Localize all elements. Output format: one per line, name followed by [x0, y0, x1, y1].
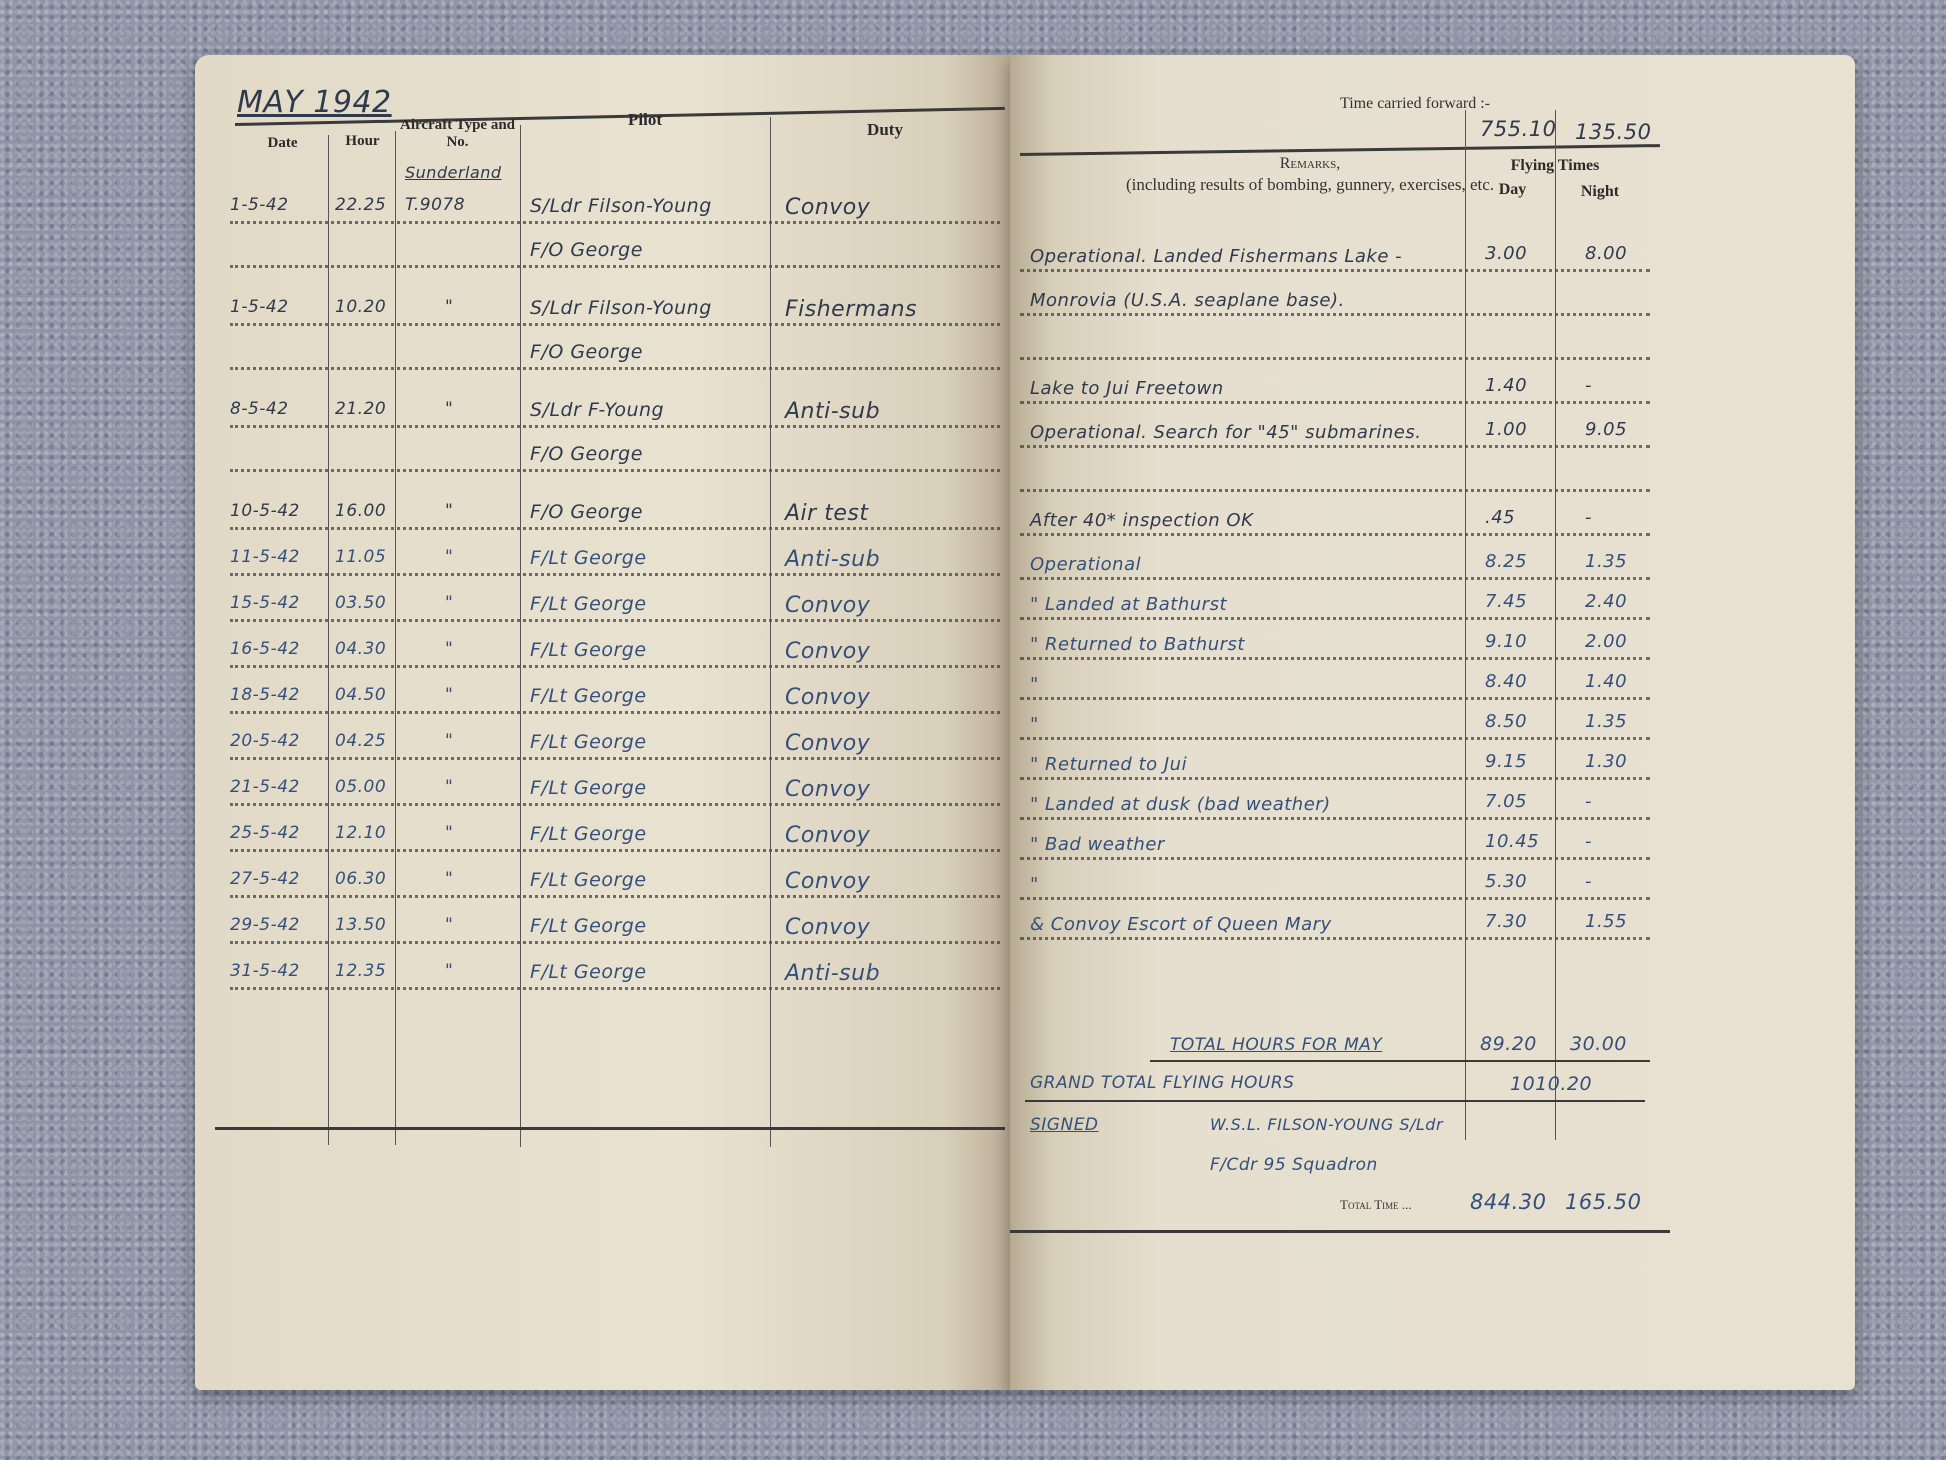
col-divider	[395, 131, 396, 1145]
row-date: 31-5-42	[230, 961, 300, 981]
row-night-time: 1.55	[1585, 911, 1627, 932]
col-divider	[520, 125, 521, 1147]
row-day-time: 9.10	[1485, 631, 1527, 652]
row-date: 8-5-42	[230, 399, 289, 419]
row-duty: Convoy	[785, 639, 870, 664]
row-date: 1-5-42	[230, 195, 289, 215]
row-pilot: S/Ldr Filson-Young	[530, 297, 712, 319]
row-aircraft: "	[445, 297, 453, 317]
total-time-label: Total Time ...	[1340, 1197, 1412, 1213]
row-pilot: F/Lt George	[530, 593, 647, 615]
dotted-rule	[1020, 313, 1650, 316]
total-rule	[1150, 1060, 1650, 1062]
dotted-rule	[230, 803, 1000, 806]
row-aircraft: "	[445, 777, 453, 797]
row-duty: Convoy	[785, 823, 870, 848]
row-day-time: 7.05	[1485, 791, 1527, 812]
row-day-time: 7.45	[1485, 591, 1527, 612]
row-night-time: -	[1585, 507, 1592, 528]
dotted-rule	[230, 757, 1000, 760]
row-remark: "	[1030, 703, 1460, 747]
row-duty: Anti-sub	[785, 547, 880, 572]
row-aircraft: "	[445, 731, 453, 751]
row-pilot: S/Ldr F-Young	[530, 399, 664, 421]
dotted-rule	[1020, 857, 1650, 860]
dotted-rule	[1020, 401, 1650, 404]
dotted-rule	[1020, 817, 1650, 820]
row-hour: 22.25	[335, 195, 386, 215]
dotted-rule	[1020, 577, 1650, 580]
row-pilot: F/Lt George	[530, 547, 647, 569]
dotted-rule	[230, 849, 1000, 852]
dotted-rule	[230, 987, 1000, 990]
row-hour: 16.00	[335, 501, 386, 521]
row-night-time: 1.30	[1585, 751, 1627, 772]
aircraft-type: Sunderland	[405, 163, 502, 182]
row-day-time: .45	[1485, 507, 1515, 528]
dotted-rule	[1020, 737, 1650, 740]
row-pilot: F/Lt George	[530, 685, 647, 707]
row-duty: Fishermans	[785, 297, 917, 322]
carried-forward-day: 755.10	[1480, 117, 1556, 141]
row-pilot: F/O George	[530, 239, 643, 261]
row-date: 27-5-42	[230, 869, 300, 889]
row-pilot: F/O George	[530, 443, 643, 465]
dotted-rule	[230, 665, 1000, 668]
row-date: 1-5-42	[230, 297, 289, 317]
row-aircraft: "	[445, 501, 453, 521]
day-label: Day	[1470, 181, 1555, 199]
row-hour: 10.20	[335, 297, 386, 317]
row-aircraft: T.9078	[405, 195, 465, 215]
row-hour: 05.00	[335, 777, 386, 797]
row-pilot: F/O George	[530, 501, 643, 523]
dotted-rule	[1020, 357, 1650, 360]
row-duty: Convoy	[785, 731, 870, 756]
row-hour: 13.50	[335, 915, 386, 935]
dotted-rule	[230, 265, 1000, 268]
dotted-rule	[1020, 617, 1650, 620]
row-remark: "	[1030, 863, 1460, 907]
row-duty: Convoy	[785, 195, 870, 220]
col-divider	[1555, 110, 1556, 1140]
dotted-rule	[1020, 445, 1650, 448]
row-day-time: 8.25	[1485, 551, 1527, 572]
total-month-night: 30.00	[1570, 1033, 1627, 1055]
row-duty: Anti-sub	[785, 399, 880, 424]
header-date: Date	[240, 135, 325, 152]
right-page: Time carried forward :- 755.10 135.50 Re…	[1010, 55, 1855, 1390]
row-night-time: 9.05	[1585, 419, 1627, 440]
row-date: 25-5-42	[230, 823, 300, 843]
row-aircraft: "	[445, 915, 453, 935]
row-pilot: F/Lt George	[530, 731, 647, 753]
row-pilot: F/Lt George	[530, 961, 647, 983]
row-night-time: 1.40	[1585, 671, 1627, 692]
row-day-time: 3.00	[1485, 243, 1527, 264]
row-hour: 03.50	[335, 593, 386, 613]
dotted-rule	[1020, 269, 1650, 272]
header-aircraft: Aircraft Type and No.	[400, 117, 515, 151]
total-month-label: TOTAL HOURS FOR MAY	[1170, 1035, 1382, 1055]
dotted-rule	[230, 619, 1000, 622]
row-night-time: -	[1585, 375, 1592, 396]
row-remark: Operational. Landed Fishermans Lake - Mo…	[1030, 235, 1460, 323]
col-divider	[1465, 110, 1466, 1140]
row-day-time: 9.15	[1485, 751, 1527, 772]
row-pilot: F/Lt George	[530, 823, 647, 845]
row-date: 11-5-42	[230, 547, 300, 567]
row-night-time: 1.35	[1585, 711, 1627, 732]
signed-title: F/Cdr 95 Squadron	[1210, 1155, 1378, 1175]
dotted-rule	[1020, 697, 1650, 700]
row-remark: " Bad weather	[1030, 823, 1460, 867]
month-heading: MAY 1942	[237, 85, 392, 120]
row-night-time: -	[1585, 871, 1592, 892]
dotted-rule	[1020, 897, 1650, 900]
row-hour: 11.05	[335, 547, 386, 567]
total-time-day: 844.30	[1470, 1190, 1546, 1214]
row-duty: Convoy	[785, 685, 870, 710]
row-hour: 12.10	[335, 823, 386, 843]
row-remark: " Landed at Bathurst	[1030, 583, 1460, 627]
row-night-time: 2.40	[1585, 591, 1627, 612]
grand-total-rule	[1025, 1100, 1645, 1102]
row-duty: Convoy	[785, 593, 870, 618]
row-duty: Convoy	[785, 777, 870, 802]
logbook: MAY 1942 Date Hour Aircraft Type and No.…	[195, 55, 1855, 1390]
row-date: 15-5-42	[230, 593, 300, 613]
row-day-time: 10.45	[1485, 831, 1539, 852]
dotted-rule	[230, 425, 1000, 428]
row-date: 29-5-42	[230, 915, 300, 935]
bottom-rule	[215, 1127, 1005, 1130]
row-hour: 04.25	[335, 731, 386, 751]
dotted-rule	[1020, 657, 1650, 660]
dotted-rule	[1020, 489, 1650, 492]
row-night-time: -	[1585, 791, 1592, 812]
row-hour: 12.35	[335, 961, 386, 981]
row-date: 18-5-42	[230, 685, 300, 705]
dotted-rule	[230, 941, 1000, 944]
row-remark: & Convoy Escort of Queen Mary	[1030, 903, 1460, 947]
col-divider	[770, 117, 771, 1147]
time-carried-forward-label: Time carried forward :-	[1340, 95, 1490, 113]
row-pilot: F/Lt George	[530, 639, 647, 661]
total-month-day: 89.20	[1480, 1033, 1537, 1055]
dotted-rule	[230, 573, 1000, 576]
night-label: Night	[1555, 183, 1645, 201]
row-day-time: 8.40	[1485, 671, 1527, 692]
row-pilot: F/Lt George	[530, 777, 647, 799]
row-remark: " Landed at dusk (bad weather)	[1030, 783, 1460, 827]
row-pilot: F/Lt George	[530, 915, 647, 937]
row-day-time: 5.30	[1485, 871, 1527, 892]
row-night-time: 1.35	[1585, 551, 1627, 572]
row-remark: Operational	[1030, 543, 1460, 587]
dotted-rule	[230, 527, 1000, 530]
row-remark: " Returned to Bathurst	[1030, 623, 1460, 667]
dotted-rule	[1020, 777, 1650, 780]
row-duty: Convoy	[785, 869, 870, 894]
dotted-rule	[230, 895, 1000, 898]
row-day-time: 1.00	[1485, 419, 1527, 440]
row-pilot: S/Ldr Filson-Young	[530, 195, 712, 217]
row-night-time: -	[1585, 831, 1592, 852]
row-duty: Convoy	[785, 915, 870, 940]
row-date: 21-5-42	[230, 777, 300, 797]
row-aircraft: "	[445, 685, 453, 705]
row-day-time: 8.50	[1485, 711, 1527, 732]
row-duty: Air test	[785, 501, 868, 526]
total-time-night: 165.50	[1565, 1190, 1641, 1214]
row-duty: Anti-sub	[785, 961, 880, 986]
row-hour: 04.50	[335, 685, 386, 705]
header-hour: Hour	[330, 133, 395, 150]
row-hour: 21.20	[335, 399, 386, 419]
dotted-rule	[230, 711, 1000, 714]
row-remark: Operational. Search for "45" submarines.	[1030, 411, 1460, 455]
row-aircraft: "	[445, 961, 453, 981]
row-remark: After 40* inspection OK	[1030, 499, 1460, 543]
row-aircraft: "	[445, 593, 453, 613]
row-aircraft: "	[445, 823, 453, 843]
row-remark: Lake to Jui Freetown	[1030, 367, 1460, 411]
row-date: 20-5-42	[230, 731, 300, 751]
grand-total-value: 1010.20	[1510, 1073, 1592, 1095]
row-aircraft: "	[445, 399, 453, 419]
dotted-rule	[230, 323, 1000, 326]
row-aircraft: "	[445, 869, 453, 889]
row-pilot: F/Lt George	[530, 869, 647, 891]
row-hour: 04.30	[335, 639, 386, 659]
row-night-time: 8.00	[1585, 243, 1627, 264]
dotted-rule	[1020, 533, 1650, 536]
row-day-time: 7.30	[1485, 911, 1527, 932]
row-aircraft: "	[445, 547, 453, 567]
header-duty: Duty	[775, 120, 995, 140]
row-remark: " Returned to Jui	[1030, 743, 1460, 787]
carried-forward-night: 135.50	[1575, 120, 1651, 144]
signed-label: SIGNED	[1030, 1115, 1099, 1135]
col-divider	[328, 135, 329, 1145]
signed-name: W.S.L. FILSON-YOUNG S/Ldr	[1210, 1115, 1443, 1134]
dotted-rule	[1020, 937, 1650, 940]
bottom-rule	[1010, 1230, 1670, 1233]
row-day-time: 1.40	[1485, 375, 1527, 396]
dotted-rule	[230, 221, 1000, 224]
row-remark: "	[1030, 663, 1460, 707]
row-aircraft: "	[445, 639, 453, 659]
row-night-time: 2.00	[1585, 631, 1627, 652]
row-date: 16-5-42	[230, 639, 300, 659]
header-pilot: Pilot	[525, 110, 765, 130]
dotted-rule	[230, 367, 1000, 370]
dotted-rule	[230, 469, 1000, 472]
row-date: 10-5-42	[230, 501, 300, 521]
row-hour: 06.30	[335, 869, 386, 889]
left-page: MAY 1942 Date Hour Aircraft Type and No.…	[195, 55, 1010, 1390]
grand-total-label: GRAND TOTAL FLYING HOURS	[1030, 1073, 1294, 1093]
row-pilot: F/O George	[530, 341, 643, 363]
